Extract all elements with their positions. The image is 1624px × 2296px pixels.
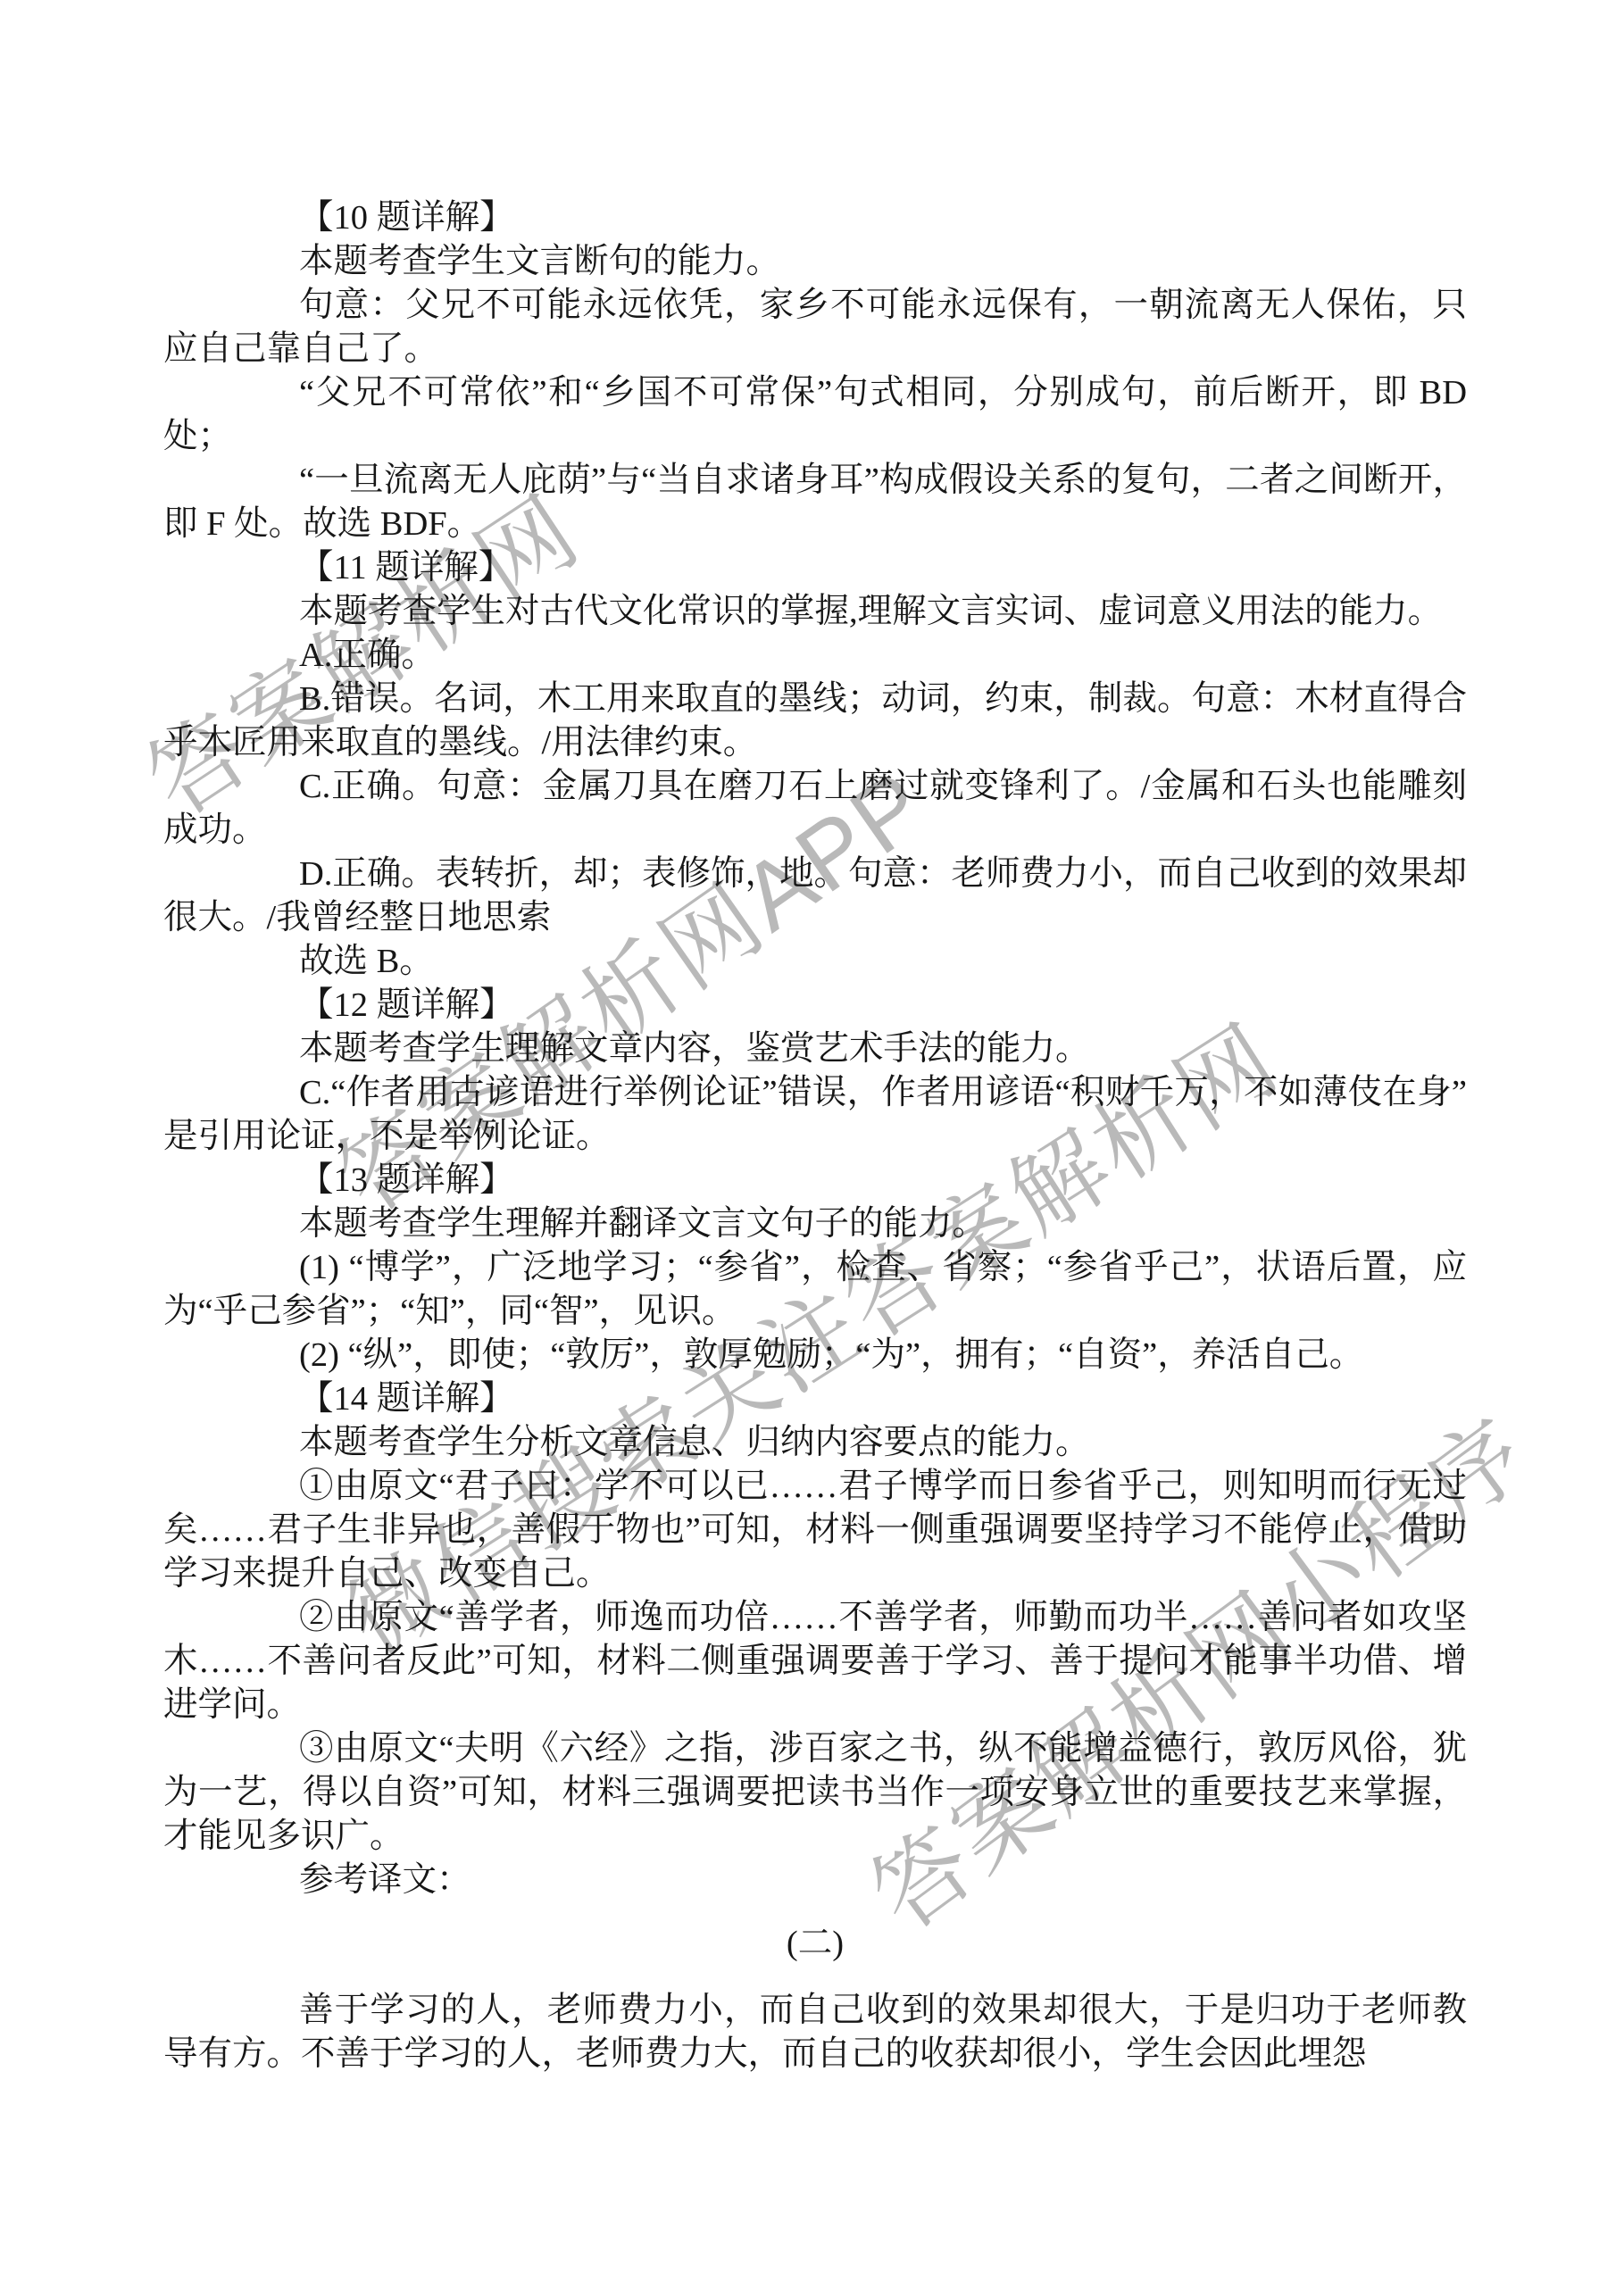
paragraph: 本题考查学生文言断句的能力。 — [163, 240, 1467, 284]
question-detail-heading-13: 【13 题详解】 — [163, 1159, 1467, 1202]
paragraph: ②由原文“善学者，师逸而功倍……不善学者，师勤而功半……善问者如攻坚木……不善问… — [163, 1596, 1467, 1727]
document-body: 【10 题详解】 本题考查学生文言断句的能力。 句意：父兄不可能永远依凭，家乡不… — [163, 196, 1467, 2076]
paragraph: 本题考查学生理解并翻译文言文句子的能力。 — [163, 1202, 1467, 1246]
paragraph: 参考译文： — [163, 1859, 1467, 1902]
paragraph: A.正确。 — [163, 634, 1467, 678]
paragraph: (2) “纵”，即使；“敦厉”，敦厚勉励；“为”，拥有；“自资”，养活自己。 — [163, 1334, 1467, 1377]
paragraph: 句意：父兄不可能永远依凭，家乡不可能永远保有，一朝流离无人保佑，只应自己靠自己了… — [163, 284, 1467, 371]
paragraph: 本题考查学生理解文章内容，鉴赏艺术手法的能力。 — [163, 1027, 1467, 1071]
question-detail-heading-10: 【10 题详解】 — [163, 196, 1467, 240]
paragraph: 本题考查学生对古代文化常识的掌握,理解文言实词、虚词意义用法的能力。 — [163, 590, 1467, 634]
question-detail-heading-12: 【12 题详解】 — [163, 984, 1467, 1027]
paragraph: D.正确。表转折，却；表修饰，地。句意：老师费力小，而自己收到的效果却很大。/我… — [163, 853, 1467, 940]
paragraph: 本题考查学生分析文章信息、归纳内容要点的能力。 — [163, 1421, 1467, 1465]
paragraph: C.正确。句意：金属刀具在磨刀石上磨过就变锋利了。/金属和石头也能雕刻成功。 — [163, 765, 1467, 853]
document-page: 答案解析网 答案解析网APP 微信搜索关注答案解析网 答案解析网小程序 【10 … — [0, 0, 1624, 2296]
paragraph: 故选 B。 — [163, 940, 1467, 984]
paragraph: ③由原文“夫明《六经》之指，涉百家之书，纵不能增益德行，敦厉风俗，犹为一艺，得以… — [163, 1727, 1467, 1859]
paragraph: 善于学习的人，老师费力小，而自己收到的效果却很大，于是归功于老师教导有方。不善于… — [163, 1989, 1467, 2076]
paragraph: ①由原文“君子曰：学不可以已……君子博学而日参省乎己，则知明而行无过矣……君子生… — [163, 1465, 1467, 1596]
paragraph: C.“作者用古谚语进行举例论证”错误，作者用谚语“积财千万，不如薄伎在身”是引用… — [163, 1071, 1467, 1159]
paragraph: “一旦流离无人庇荫”与“当自求诸身耳”构成假设关系的复句，二者之间断开，即 F … — [163, 459, 1467, 546]
paragraph: B.错误。名词，木工用来取直的墨线；动词，约束，制裁。句意：木材直得合乎木匠用来… — [163, 678, 1467, 765]
section-label: (二) — [163, 1922, 1467, 1966]
paragraph: “父兄不可常依”和“乡国不可常保”句式相同，分别成句，前后断开，即 BD 处； — [163, 371, 1467, 459]
paragraph: (1) “博学”，广泛地学习；“参省”，检查、省察；“参省乎己”，状语后置，应为… — [163, 1246, 1467, 1334]
question-detail-heading-11: 【11 题详解】 — [163, 546, 1467, 590]
question-detail-heading-14: 【14 题详解】 — [163, 1377, 1467, 1421]
